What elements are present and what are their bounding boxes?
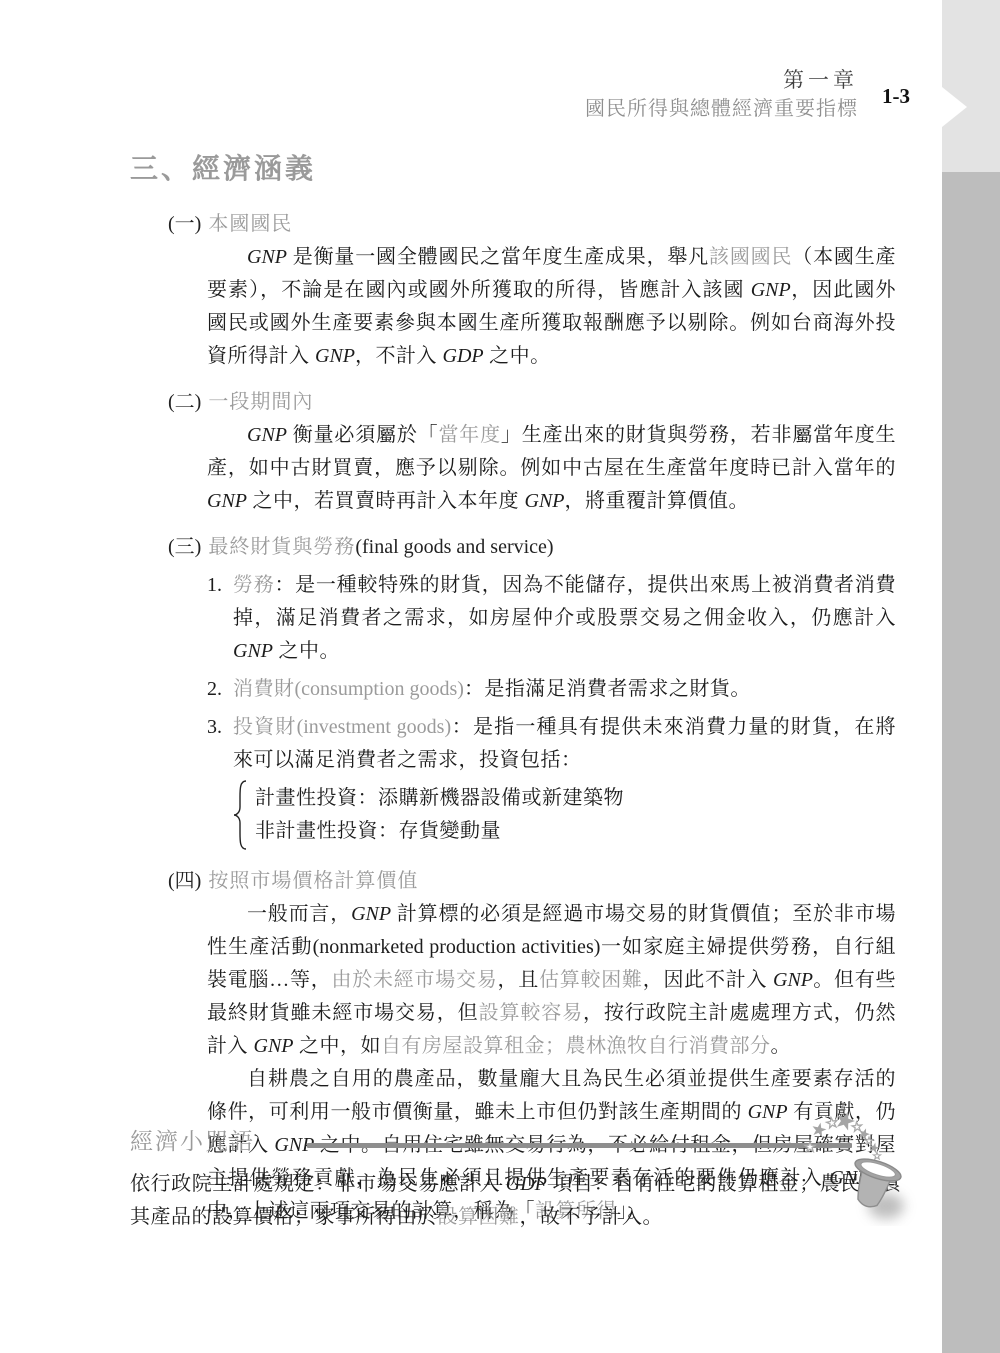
text-run: 之中。 xyxy=(484,345,551,367)
text-run: 估算較困難 xyxy=(539,969,643,991)
page-number: 1-3 xyxy=(882,84,910,109)
section-title: 本國國民 xyxy=(208,213,292,235)
text-run: GNP xyxy=(247,246,287,268)
item-text: 投資財(investment goods)：是指一種具有提供未來消費力量的財貨，… xyxy=(233,711,896,852)
text-run: 之中，如 xyxy=(294,1035,382,1057)
text-run: 當年度 xyxy=(438,424,500,446)
text-run: 衡量必須屬於「 xyxy=(287,424,438,446)
section-body: GNP 是衡量一國全體國民之當年度生產成果，舉凡該國國民（本國生產要素），不論是… xyxy=(207,241,896,373)
text-run: ，且 xyxy=(498,969,540,991)
text-run: 由於未經市場交易 xyxy=(332,969,498,991)
item-text: 勞務：是一種較特殊的財貨，因為不能儲存，提供出來馬上被消費者消費掉，滿足消費者之… xyxy=(233,569,896,668)
text-run: GNP xyxy=(773,969,813,991)
text-run: ：是一種較特殊的財貨，因為不能儲存，提供出來馬上被消費者消費掉，滿足消費者之需求… xyxy=(233,574,896,629)
paragraph: GNP 是衡量一國全體國民之當年度生產成果，舉凡該國國民（本國生產要素），不論是… xyxy=(207,241,896,373)
section: (三)最終財貨與勞務(final goods and service)1.勞務：… xyxy=(130,531,896,852)
text-run: ：是指滿足消費者需求之財貨。 xyxy=(464,678,751,700)
text-run: 依行政院主計處規定：非市場交易應計入 xyxy=(130,1173,506,1195)
note-rule-divider xyxy=(307,1143,852,1148)
page-edge-bar-bottom xyxy=(942,172,1000,1353)
text-run: GNP xyxy=(247,424,287,446)
text-run: ，故不予計入。 xyxy=(520,1206,664,1228)
list-item: 1.勞務：是一種較特殊的財貨，因為不能儲存，提供出來馬上被消費者消費掉，滿足消費… xyxy=(207,569,896,668)
text-run: GDP xyxy=(443,345,484,367)
page-header: 第一章 國民所得與總體經濟重要指標 xyxy=(585,66,858,124)
note-block: 經濟小咒語 依行政院主計處規定：非市場交易應計入 GDP 項目：自有住宅的設算租… xyxy=(130,1126,902,1234)
textbook-page: 第一章 國民所得與總體經濟重要指標 1-3 三、經濟涵義 (一)本國國民GNP … xyxy=(0,0,1000,1353)
brace-group: 計畫性投資：添購新機器設備或新建築物非計畫性投資：存貨變動量 xyxy=(233,780,896,850)
text-run: 是衡量一國全體國民之當年度生產成果，舉凡 xyxy=(287,246,709,268)
brace-icon xyxy=(233,780,249,850)
section-marker: (四) xyxy=(168,870,201,892)
text-run: GNP xyxy=(254,1035,294,1057)
text-run: GNP xyxy=(233,640,273,662)
list-item: 3.投資財(investment goods)：是指一種具有提供未來消費力量的財… xyxy=(207,711,896,852)
item-number: 2. xyxy=(207,673,233,706)
chapter-subtitle: 國民所得與總體經濟重要指標 xyxy=(585,95,858,124)
text-run: ，不計入 xyxy=(355,345,443,367)
brace-line: 非計畫性投資：存貨變動量 xyxy=(255,815,624,848)
section-marker: (二) xyxy=(168,391,201,413)
section-marker: (一) xyxy=(168,213,201,235)
text-run: (investment goods) xyxy=(297,716,452,738)
text-run: GNP xyxy=(315,345,355,367)
section-heading: (二)一段期間內 xyxy=(168,386,896,419)
text-run: GNP xyxy=(751,279,791,301)
page-title: 三、經濟涵義 xyxy=(130,152,896,188)
main-content: 三、經濟涵義 (一)本國國民GNP 是衡量一國全體國民之當年度生產成果，舉凡該國… xyxy=(130,152,896,1228)
brace-lines: 計畫性投資：添購新機器設備或新建築物非計畫性投資：存貨變動量 xyxy=(255,782,624,848)
note-title: 經濟小咒語 xyxy=(130,1126,255,1156)
section-title: 按照市場價格計算價值 xyxy=(208,870,418,892)
text-run: 該國國民 xyxy=(709,246,792,268)
text-run: ，因此不計入 xyxy=(643,969,773,991)
section-title: 最終財貨與勞務 xyxy=(208,536,355,558)
paragraph: 一般而言，GNP 計算標的必須是經過市場交易的財貨價值；至於非市場性生產活動(n… xyxy=(207,898,896,1063)
section-body: 1.勞務：是一種較特殊的財貨，因為不能儲存，提供出來馬上被消費者消費掉，滿足消費… xyxy=(207,569,896,852)
text-run: 消費財 xyxy=(233,678,295,700)
chapter-label: 第一章 xyxy=(585,66,858,95)
text-run: GNP xyxy=(525,490,565,512)
page-edge-bar-top xyxy=(942,0,1000,172)
text-run: 自有房屋設算租金；農林漁牧自行消費部分 xyxy=(381,1035,771,1057)
text-run: GNP xyxy=(351,903,391,925)
section: (一)本國國民GNP 是衡量一國全體國民之當年度生產成果，舉凡該國國民（本國生產… xyxy=(130,208,896,373)
text-run: 投資財 xyxy=(233,716,297,738)
brace-line: 計畫性投資：添購新機器設備或新建築物 xyxy=(255,782,624,815)
text-run: 一般而言， xyxy=(247,903,351,925)
text-run: (nonmarketed production activities) xyxy=(313,936,601,958)
list-item: 2.消費財(consumption goods)：是指滿足消費者需求之財貨。 xyxy=(207,673,896,706)
note-header: 經濟小咒語 xyxy=(130,1126,902,1156)
section: (二)一段期間內GNP 衡量必須屬於「當年度」生產出來的財貨與勞務，若非屬當年度… xyxy=(130,386,896,518)
section-body: GNP 衡量必須屬於「當年度」生產出來的財貨與勞務，若非屬當年度生產，如中古財買… xyxy=(207,419,896,518)
text-run: 勞務 xyxy=(233,574,274,596)
note-text: 依行政院主計處規定：非市場交易應計入 GDP 項目：自有住宅的設算租金；農民自食… xyxy=(130,1168,902,1234)
section-marker: (三) xyxy=(168,536,201,558)
section-title-en: (final goods and service) xyxy=(355,536,553,558)
section-heading: (三)最終財貨與勞務(final goods and service) xyxy=(168,531,896,564)
text-run: 之中。 xyxy=(273,640,340,662)
text-run: 設算困難 xyxy=(438,1206,520,1228)
item-text: 消費財(consumption goods)：是指滿足消費者需求之財貨。 xyxy=(233,673,896,706)
text-run: 之中，若買賣時再計入本年度 xyxy=(247,490,525,512)
text-run: GDP xyxy=(506,1173,547,1195)
magic-hat-stars-icon xyxy=(798,1106,918,1226)
section-heading: (一)本國國民 xyxy=(168,208,896,241)
item-number: 1. xyxy=(207,569,233,668)
text-run: ，將重覆計算價值。 xyxy=(565,490,750,512)
paragraph: GNP 衡量必須屬於「當年度」生產出來的財貨與勞務，若非屬當年度生產，如中古財買… xyxy=(207,419,896,518)
text-run: 設算較容易 xyxy=(479,1002,583,1024)
text-run: GNP xyxy=(748,1101,788,1123)
text-run: (consumption goods) xyxy=(295,678,464,700)
sections-container: (一)本國國民GNP 是衡量一國全體國民之當年度生產成果，舉凡該國國民（本國生產… xyxy=(130,208,896,1228)
section-title: 一段期間內 xyxy=(208,391,313,413)
item-number: 3. xyxy=(207,711,233,852)
section-heading: (四)按照市場價格計算價值 xyxy=(168,865,896,898)
text-run: 。 xyxy=(771,1035,792,1057)
text-run: GNP xyxy=(207,490,247,512)
page-edge-notch-icon xyxy=(942,87,967,127)
